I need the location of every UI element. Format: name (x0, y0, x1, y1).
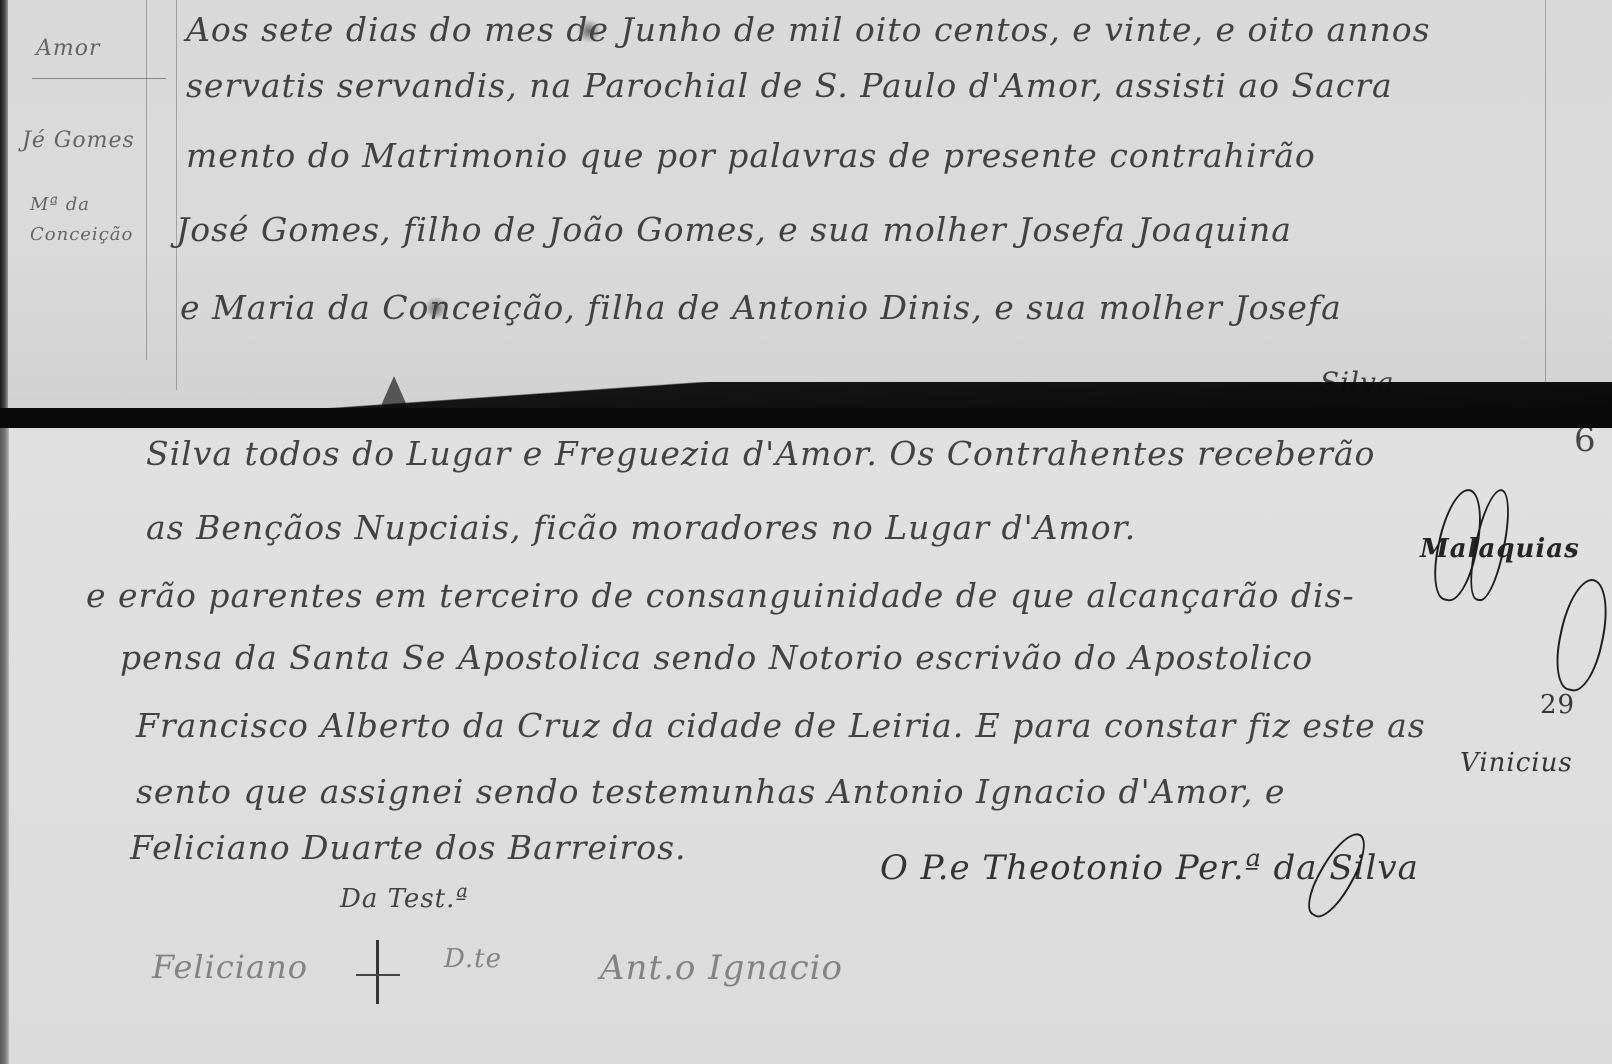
text-line-1: Aos sete dias do mes de Junho de mil oit… (186, 10, 1431, 49)
page-number: 6 (1574, 428, 1597, 460)
top-page-fragment: Amor Jé Gomes Mª da Conceição Aos sete d… (0, 0, 1612, 408)
witness-cross-mark (376, 940, 379, 1004)
witness-2-name: Ant.o Ignacio (600, 948, 843, 988)
margin-note-bride: Mª da Conceição (30, 190, 150, 250)
text-line-4: José Gomes, filho de João Gomes, e sua m… (176, 210, 1292, 249)
text-line-6: Silva (1320, 366, 1395, 399)
margin-note-place: Amor (36, 36, 101, 61)
text-line-5: e Maria da Conceição, filha de Antonio D… (180, 288, 1342, 327)
text-line-11: Francisco Alberto da Cruz da cidade de L… (136, 706, 1426, 745)
bottom-page-fragment: 6 Silva todos do Lugar e Freguezia d'Amo… (0, 428, 1612, 1064)
text-line-13: Feliciano Duarte dos Barreiros. (130, 828, 687, 867)
witness-cross-mark-bar (356, 974, 400, 976)
margin-divider (32, 78, 166, 79)
text-line-12: sento que assignei sendo testemunhas Ant… (136, 772, 1285, 811)
text-line-9: e erão parentes em terceiro de consangui… (86, 576, 1355, 615)
text-line-8: as Bençãos Nupciais, ficão moradores no … (146, 508, 1136, 547)
witness-1-name: Feliciano (152, 948, 308, 986)
signature-flourish (1549, 575, 1612, 696)
right-margin-rule (1545, 0, 1546, 408)
margin-signature: Malaquias (1420, 534, 1580, 564)
binding-edge (0, 0, 8, 408)
ink-stain (380, 376, 408, 408)
text-line-3: mento do Matrimonio que por palavras de … (186, 136, 1316, 175)
margin-rule (146, 0, 147, 360)
margin-number: 29 (1540, 690, 1575, 720)
margin-note-groom: Jé Gomes (22, 128, 135, 153)
ink-blot (578, 18, 600, 44)
binding-edge (0, 428, 9, 1064)
text-line-2: servatis servandis, na Parochial de S. P… (186, 66, 1393, 105)
witness-1-abbrev: D.te (444, 944, 502, 974)
text-line-10: pensa da Santa Se Apostolica sendo Notor… (120, 638, 1313, 677)
ink-blot (425, 296, 447, 320)
margin-rule (176, 0, 177, 390)
text-line-7: Silva todos do Lugar e Freguezia d'Amor.… (146, 434, 1375, 473)
witness-label: Da Test.ª (340, 884, 469, 914)
margin-abbrev: Vinicius (1460, 748, 1573, 778)
